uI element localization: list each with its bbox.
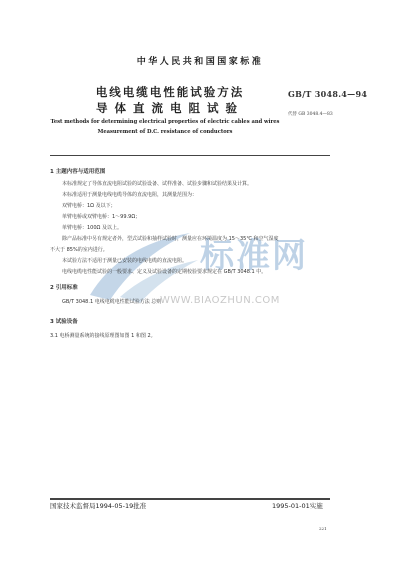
- paragraph: 本试验方法不适用于测量已安装的电线电缆的直流电阻。: [62, 257, 187, 264]
- watermark-url: WWW.BIAOZHUN.COM: [160, 295, 280, 306]
- replaces-note: 代替 GB 3048.4—83: [288, 111, 333, 117]
- header-divider: [50, 155, 330, 156]
- title-zh-line2: 导体直流电阻试验: [90, 100, 250, 116]
- section-heading: 3 试验设备: [50, 317, 78, 325]
- standard-code: GB/T 3048.4—94: [288, 89, 367, 99]
- paragraph: 单臂电桥：100Ω 及以上。: [62, 224, 122, 231]
- page-number: 221: [319, 526, 327, 531]
- paragraph: 电线电缆电性能试验的一般要求、定义及试验设备的定期校验要求规定在 GB/T 30…: [62, 268, 266, 275]
- title-zh-line1: 电线电缆电性能试验方法: [90, 84, 250, 100]
- paragraph: 本标准适用于测量电线电缆导体的直流电阻，其测量范围为：: [62, 191, 197, 198]
- title-en-line2: Measurement of D.C. resistance of conduc…: [40, 129, 290, 135]
- paragraph: GB/T 3048.1 电线电缆电性能试验方法 总则: [62, 298, 161, 305]
- section-heading: 2 引用标准: [50, 283, 78, 291]
- paragraph: 不大于 85%的室内进行。: [50, 246, 108, 253]
- title-en-line1: Test methods for determining electrical …: [40, 119, 290, 125]
- paragraph: 单臂电桥或双臂电桥：1～99.9Ω；: [62, 213, 140, 220]
- section-heading: 1 主题内容与适用范围: [50, 167, 105, 175]
- approval-date: 国家技术监督局1994-05-19批准: [50, 501, 146, 510]
- standard-type: 中华人民共和国国家标准: [0, 54, 400, 67]
- footer-divider: [50, 498, 330, 500]
- paragraph: 双臂电桥：1Ω 及以下；: [62, 202, 116, 209]
- paragraph: 3.1 电桥测量系统的接线原理图如图 1 和图 2。: [50, 332, 156, 339]
- implementation-date: 1995-01-01实施: [272, 501, 323, 510]
- paragraph: 除产品标准中另有规定者外，型式试验和抽样试验时，测量应在环境温度为 15～35℃…: [62, 235, 279, 242]
- paragraph: 本标准规定了导体直流电阻试验的试验设备、试样准备、试验步骤和试验结果及计算。: [62, 180, 252, 187]
